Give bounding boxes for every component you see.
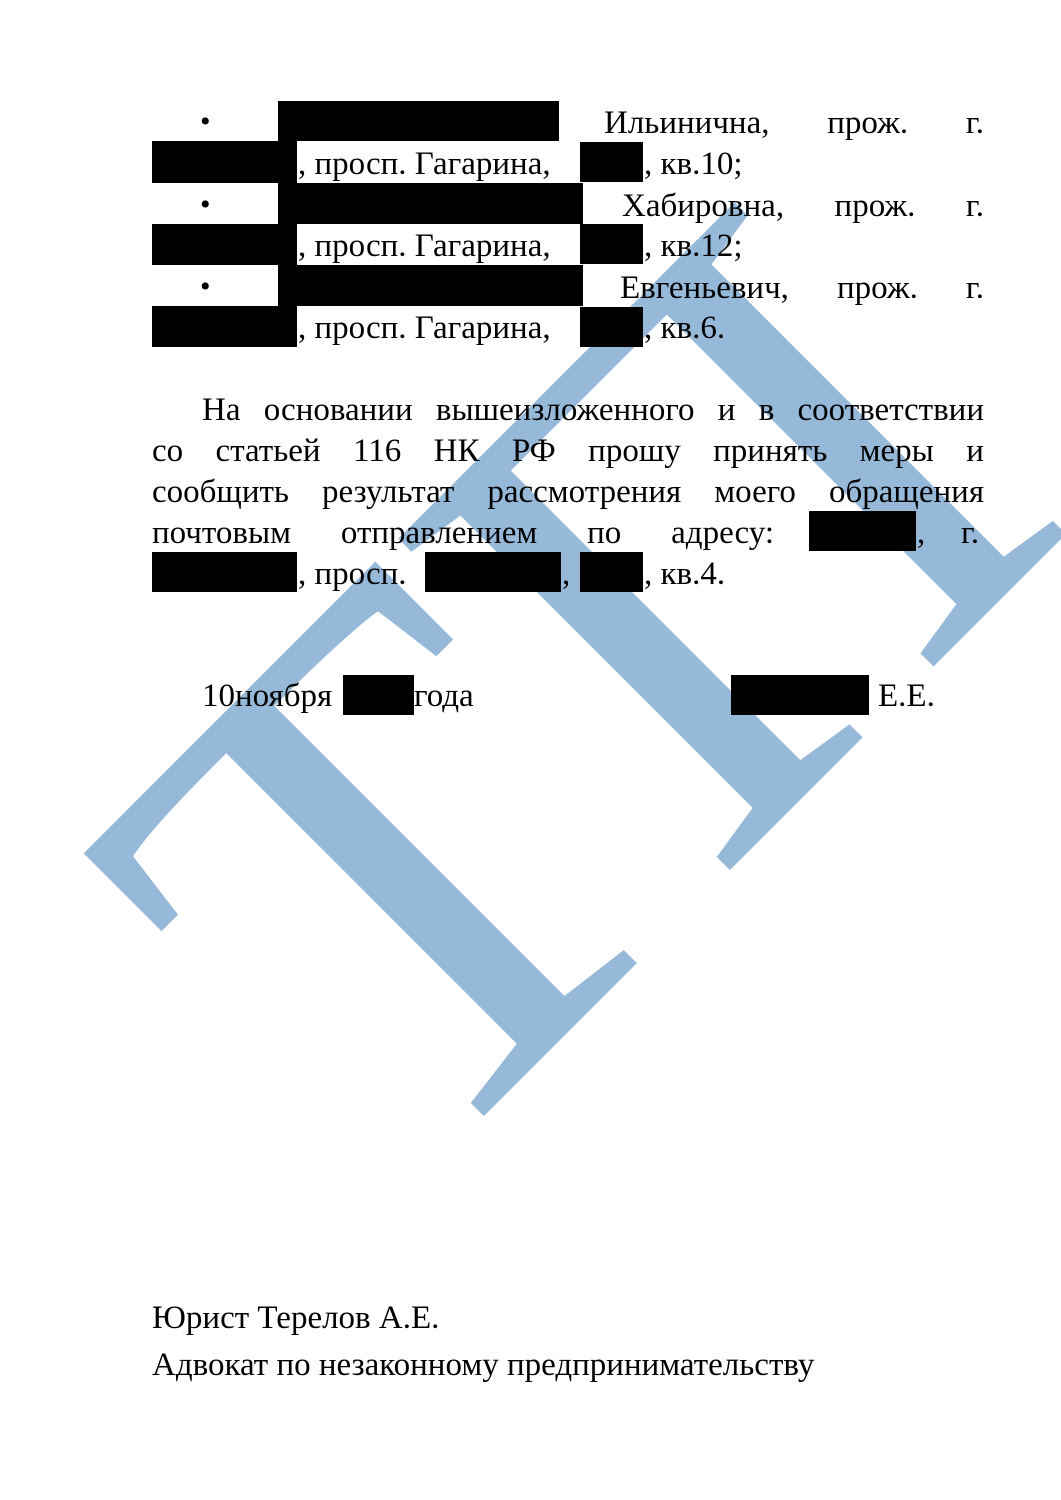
- request-line-1: На основании вышеизложенного и в соответ…: [202, 390, 984, 431]
- patronymic: Евгеньевич,: [620, 268, 789, 309]
- recipient-line: Ильинична, прож. г.: [604, 103, 984, 144]
- residence-word: прож.: [827, 103, 908, 144]
- apartment-text: , кв.4.: [644, 554, 725, 595]
- recipient-line: Евгеньевич, прож. г.: [620, 268, 984, 309]
- word: РФ: [512, 431, 556, 472]
- list-bullet: •: [200, 184, 211, 225]
- word: и: [718, 390, 736, 431]
- recipient-line: Хабировна, прож. г.: [622, 186, 984, 227]
- word: прошу: [588, 431, 681, 472]
- city-abbr: г.: [966, 268, 984, 309]
- patronymic: Ильинична,: [604, 103, 769, 144]
- date-prefix: 10ноября: [202, 676, 332, 717]
- city-abbr: г.: [966, 103, 984, 144]
- city-abbr: г.: [966, 186, 984, 227]
- word: 116: [353, 431, 401, 472]
- word: в: [759, 390, 775, 431]
- redacted-signer-name: [731, 675, 869, 715]
- redacted-year: [343, 675, 414, 715]
- patronymic: Хабировна,: [622, 186, 784, 227]
- redacted-postcode: [809, 511, 916, 551]
- word: статьей: [216, 431, 321, 472]
- redacted-name: [278, 183, 583, 224]
- word: На: [202, 390, 240, 431]
- word: адресу:: [671, 513, 774, 554]
- list-bullet: •: [200, 266, 211, 307]
- apartment-text: , кв.12;: [644, 226, 743, 267]
- word: результат: [322, 472, 454, 513]
- city-abbr: г.: [961, 513, 979, 554]
- redacted-city: [152, 141, 297, 183]
- word: почтовым: [152, 513, 291, 554]
- signer-initials: Е.Е.: [878, 676, 935, 717]
- request-line-4: почтовым отправлением по адресу:: [152, 513, 774, 554]
- word: обращения: [829, 472, 984, 513]
- word: сообщить: [152, 472, 289, 513]
- comma: ,: [917, 513, 925, 554]
- request-line-3: сообщить результат рассмотрения моего об…: [152, 472, 984, 513]
- word: принять: [713, 431, 827, 472]
- apartment-text: , кв.10;: [644, 144, 743, 185]
- redacted-city: [152, 552, 297, 592]
- word: вышеизложенного: [436, 390, 695, 431]
- street-text: , просп. Гагарина,: [298, 308, 551, 349]
- word: меры: [860, 431, 934, 472]
- word: по: [587, 513, 621, 554]
- redacted-city: [152, 224, 297, 265]
- word: основании: [264, 390, 413, 431]
- apartment-text: , кв.6.: [644, 308, 725, 349]
- redacted-house: [580, 142, 643, 182]
- word: со: [152, 431, 183, 472]
- residence-word: прож.: [837, 268, 918, 309]
- street-text: , просп. Гагарина,: [298, 226, 551, 267]
- list-bullet: •: [200, 101, 211, 142]
- word: и: [966, 431, 984, 472]
- redacted-name: [278, 101, 559, 141]
- request-line-2: со статьей 116 НК РФ прошу принять меры …: [152, 431, 984, 472]
- word: отправлением: [341, 513, 537, 554]
- author-role: Адвокат по незаконному предпринимательст…: [152, 1345, 814, 1386]
- date-suffix: года: [414, 676, 474, 717]
- author-line: Юрист Терелов А.Е.: [152, 1298, 439, 1339]
- avenue-text: , просп.: [298, 554, 407, 595]
- redacted-street: [425, 552, 561, 592]
- word: рассмотрения: [487, 472, 681, 513]
- word: моего: [714, 472, 796, 513]
- street-text: , просп. Гагарина,: [298, 144, 551, 185]
- word: соответствии: [798, 390, 984, 431]
- redacted-house: [580, 552, 643, 592]
- redacted-house: [580, 307, 643, 347]
- comma: ,: [562, 554, 570, 595]
- word: НК: [434, 431, 480, 472]
- redacted-house: [580, 224, 643, 264]
- redacted-name: [278, 265, 583, 306]
- residence-word: прож.: [835, 186, 916, 227]
- redacted-city: [152, 306, 297, 347]
